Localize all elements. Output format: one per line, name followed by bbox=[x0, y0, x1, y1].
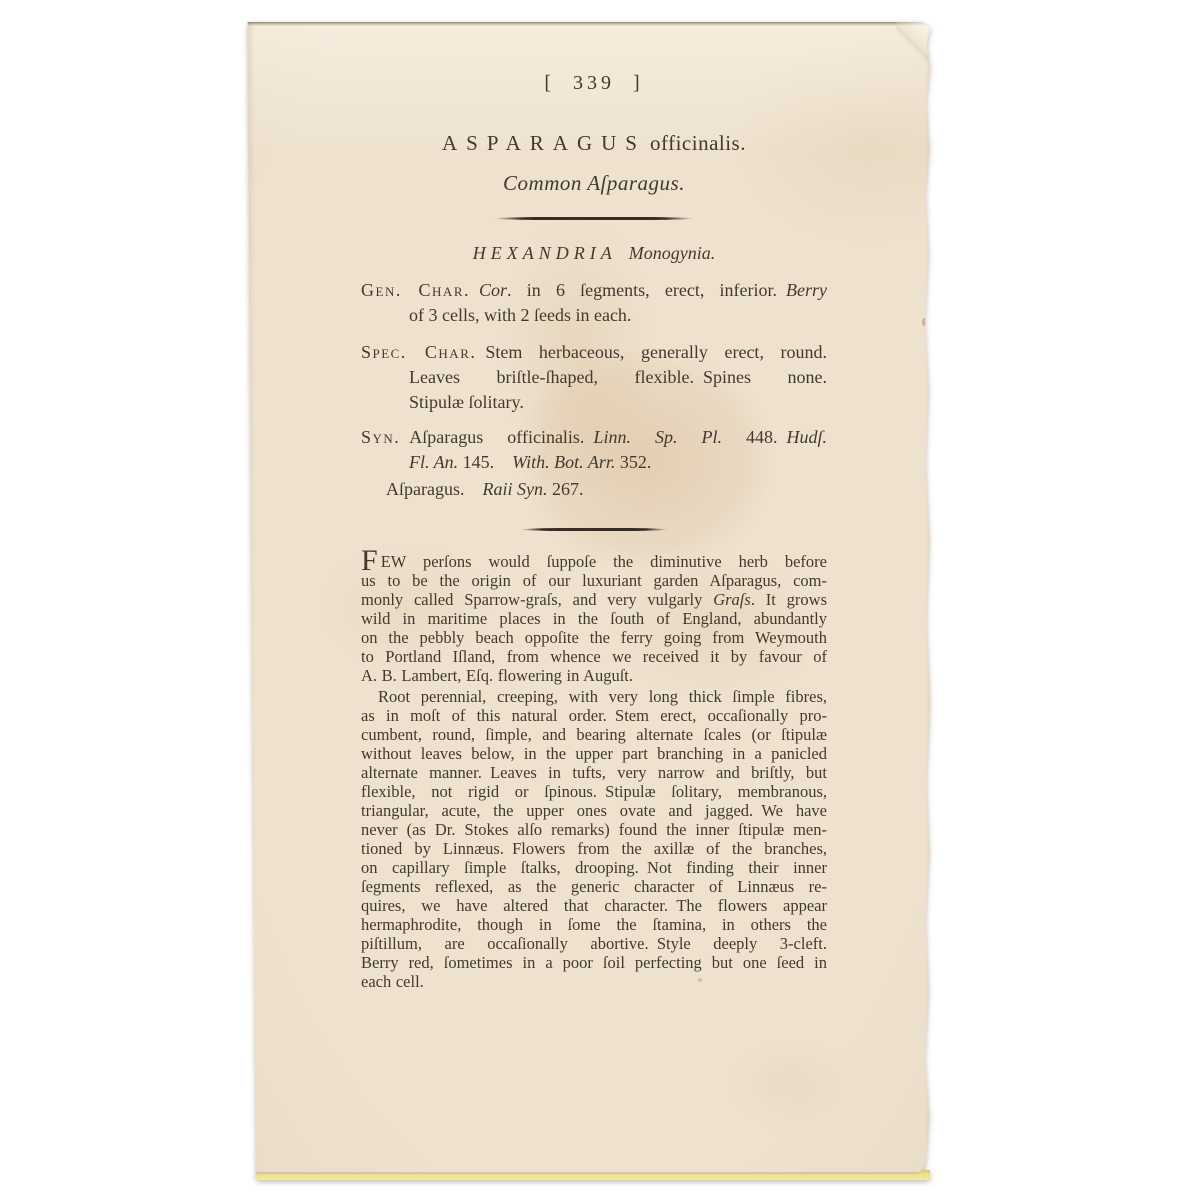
text-line: Gen. Char. Cor. in 6 ſegments, erect, in… bbox=[361, 278, 827, 303]
text-line: Fl. An. 145. With. Bot. Arr. 352. bbox=[361, 450, 827, 475]
specific-character-section: Spec. Char. Stem herbaceous, generally e… bbox=[361, 340, 827, 415]
text-line: triangular, acute, the upper ones ovate … bbox=[361, 801, 827, 820]
text-line: on capillary ſimple ſtalks, drooping. No… bbox=[361, 858, 827, 877]
text-line: on the pebbly beach oppoſite the ferry g… bbox=[361, 628, 827, 647]
generic-character-section: Gen. Char. Cor. in 6 ſegments, erect, in… bbox=[361, 278, 827, 328]
text-line: cumbent, round, ſimple, and bearing alte… bbox=[361, 725, 827, 744]
text-line: as in moſt of this natural order. Stem e… bbox=[361, 706, 827, 725]
text-line: of 3 cells, with 2 ſeeds in each. bbox=[361, 303, 827, 328]
synonym-secondary: Aſparagus. Raii Syn. 267. bbox=[361, 477, 827, 502]
text-line: Stipulæ ſolitary. bbox=[361, 390, 827, 415]
description-paragraph: Root perennial, creeping, with very long… bbox=[361, 687, 827, 991]
intro-paragraph: FEW perſons would ſuppoſe the diminutive… bbox=[361, 552, 827, 685]
text-line: Leaves briſtle-ſhaped, flexible. Spines … bbox=[361, 365, 827, 390]
text-line: without leaves below, in the upper part … bbox=[361, 744, 827, 763]
text-line: to Portland Iſland, from whence we recei… bbox=[361, 647, 827, 666]
text-line: never (as Dr. Stokes alſo remarks) found… bbox=[361, 820, 827, 839]
text-line: Root perennial, creeping, with very long… bbox=[361, 687, 827, 706]
scanned-book-page: [ 339 ] ASPARAGUSofficinalis. Common Aſp… bbox=[246, 22, 936, 1180]
main-title: ASPARAGUSofficinalis. bbox=[361, 131, 827, 156]
page-content: [ 339 ] ASPARAGUSofficinalis. Common Aſp… bbox=[361, 22, 827, 991]
text-line: us to be the origin of our luxuriant gar… bbox=[361, 571, 827, 590]
classification-line: HEXANDRIAMonogynia. bbox=[361, 243, 827, 264]
text-line: FEW perſons would ſuppoſe the diminutive… bbox=[361, 552, 827, 571]
text-line: tioned by Linnæus. Flowers from the axil… bbox=[361, 839, 827, 858]
text-line: alternate manner. Leaves in tufts, very … bbox=[361, 763, 827, 782]
text-line: wild in maritime places in the ſouth of … bbox=[361, 609, 827, 628]
text-line: piſtillum, are occaſionally abortive. St… bbox=[361, 934, 827, 953]
common-name-subtitle: Common Aſparagus. bbox=[361, 171, 827, 196]
synonym-section: Syn. Aſparagus officinalis. Linn. Sp. Pl… bbox=[361, 425, 827, 475]
text-line: each cell. bbox=[361, 972, 827, 991]
text-line: hermaphrodite, though in ſome the ſtamin… bbox=[361, 915, 827, 934]
text-line: quires, we have altered that character. … bbox=[361, 896, 827, 915]
linnaean-class: HEXANDRIA bbox=[473, 243, 617, 263]
page-number: [ 339 ] bbox=[361, 72, 827, 95]
text-line: Spec. Char. Stem herbaceous, generally e… bbox=[361, 340, 827, 365]
foxing-stain bbox=[927, 438, 934, 451]
paper-sheet: [ 339 ] ASPARAGUSofficinalis. Common Aſp… bbox=[246, 22, 936, 1174]
linnaean-order: Monogynia. bbox=[629, 243, 715, 263]
text-line: monly called Sparrow-graſs, and very vul… bbox=[361, 590, 827, 609]
text-line: flexible, not rigid or ſpinous. Stipulæ … bbox=[361, 782, 827, 801]
genus-name: ASPARAGUS bbox=[442, 131, 646, 155]
species-name: officinalis. bbox=[650, 131, 746, 155]
text-line: Berry red, ſometimes in a poor ſoil perf… bbox=[361, 953, 827, 972]
foxing-stain bbox=[922, 318, 927, 326]
text-line: A. B. Lambert, Eſq. flowering in Auguſt. bbox=[361, 666, 827, 685]
divider-rule-middle bbox=[521, 528, 667, 531]
text-line: ſegments reflexed, as the generic charac… bbox=[361, 877, 827, 896]
text-line: Syn. Aſparagus officinalis. Linn. Sp. Pl… bbox=[361, 425, 827, 450]
divider-rule-top bbox=[494, 217, 694, 220]
corner-fold bbox=[896, 22, 932, 64]
text-line: Aſparagus. Raii Syn. 267. bbox=[386, 477, 827, 502]
